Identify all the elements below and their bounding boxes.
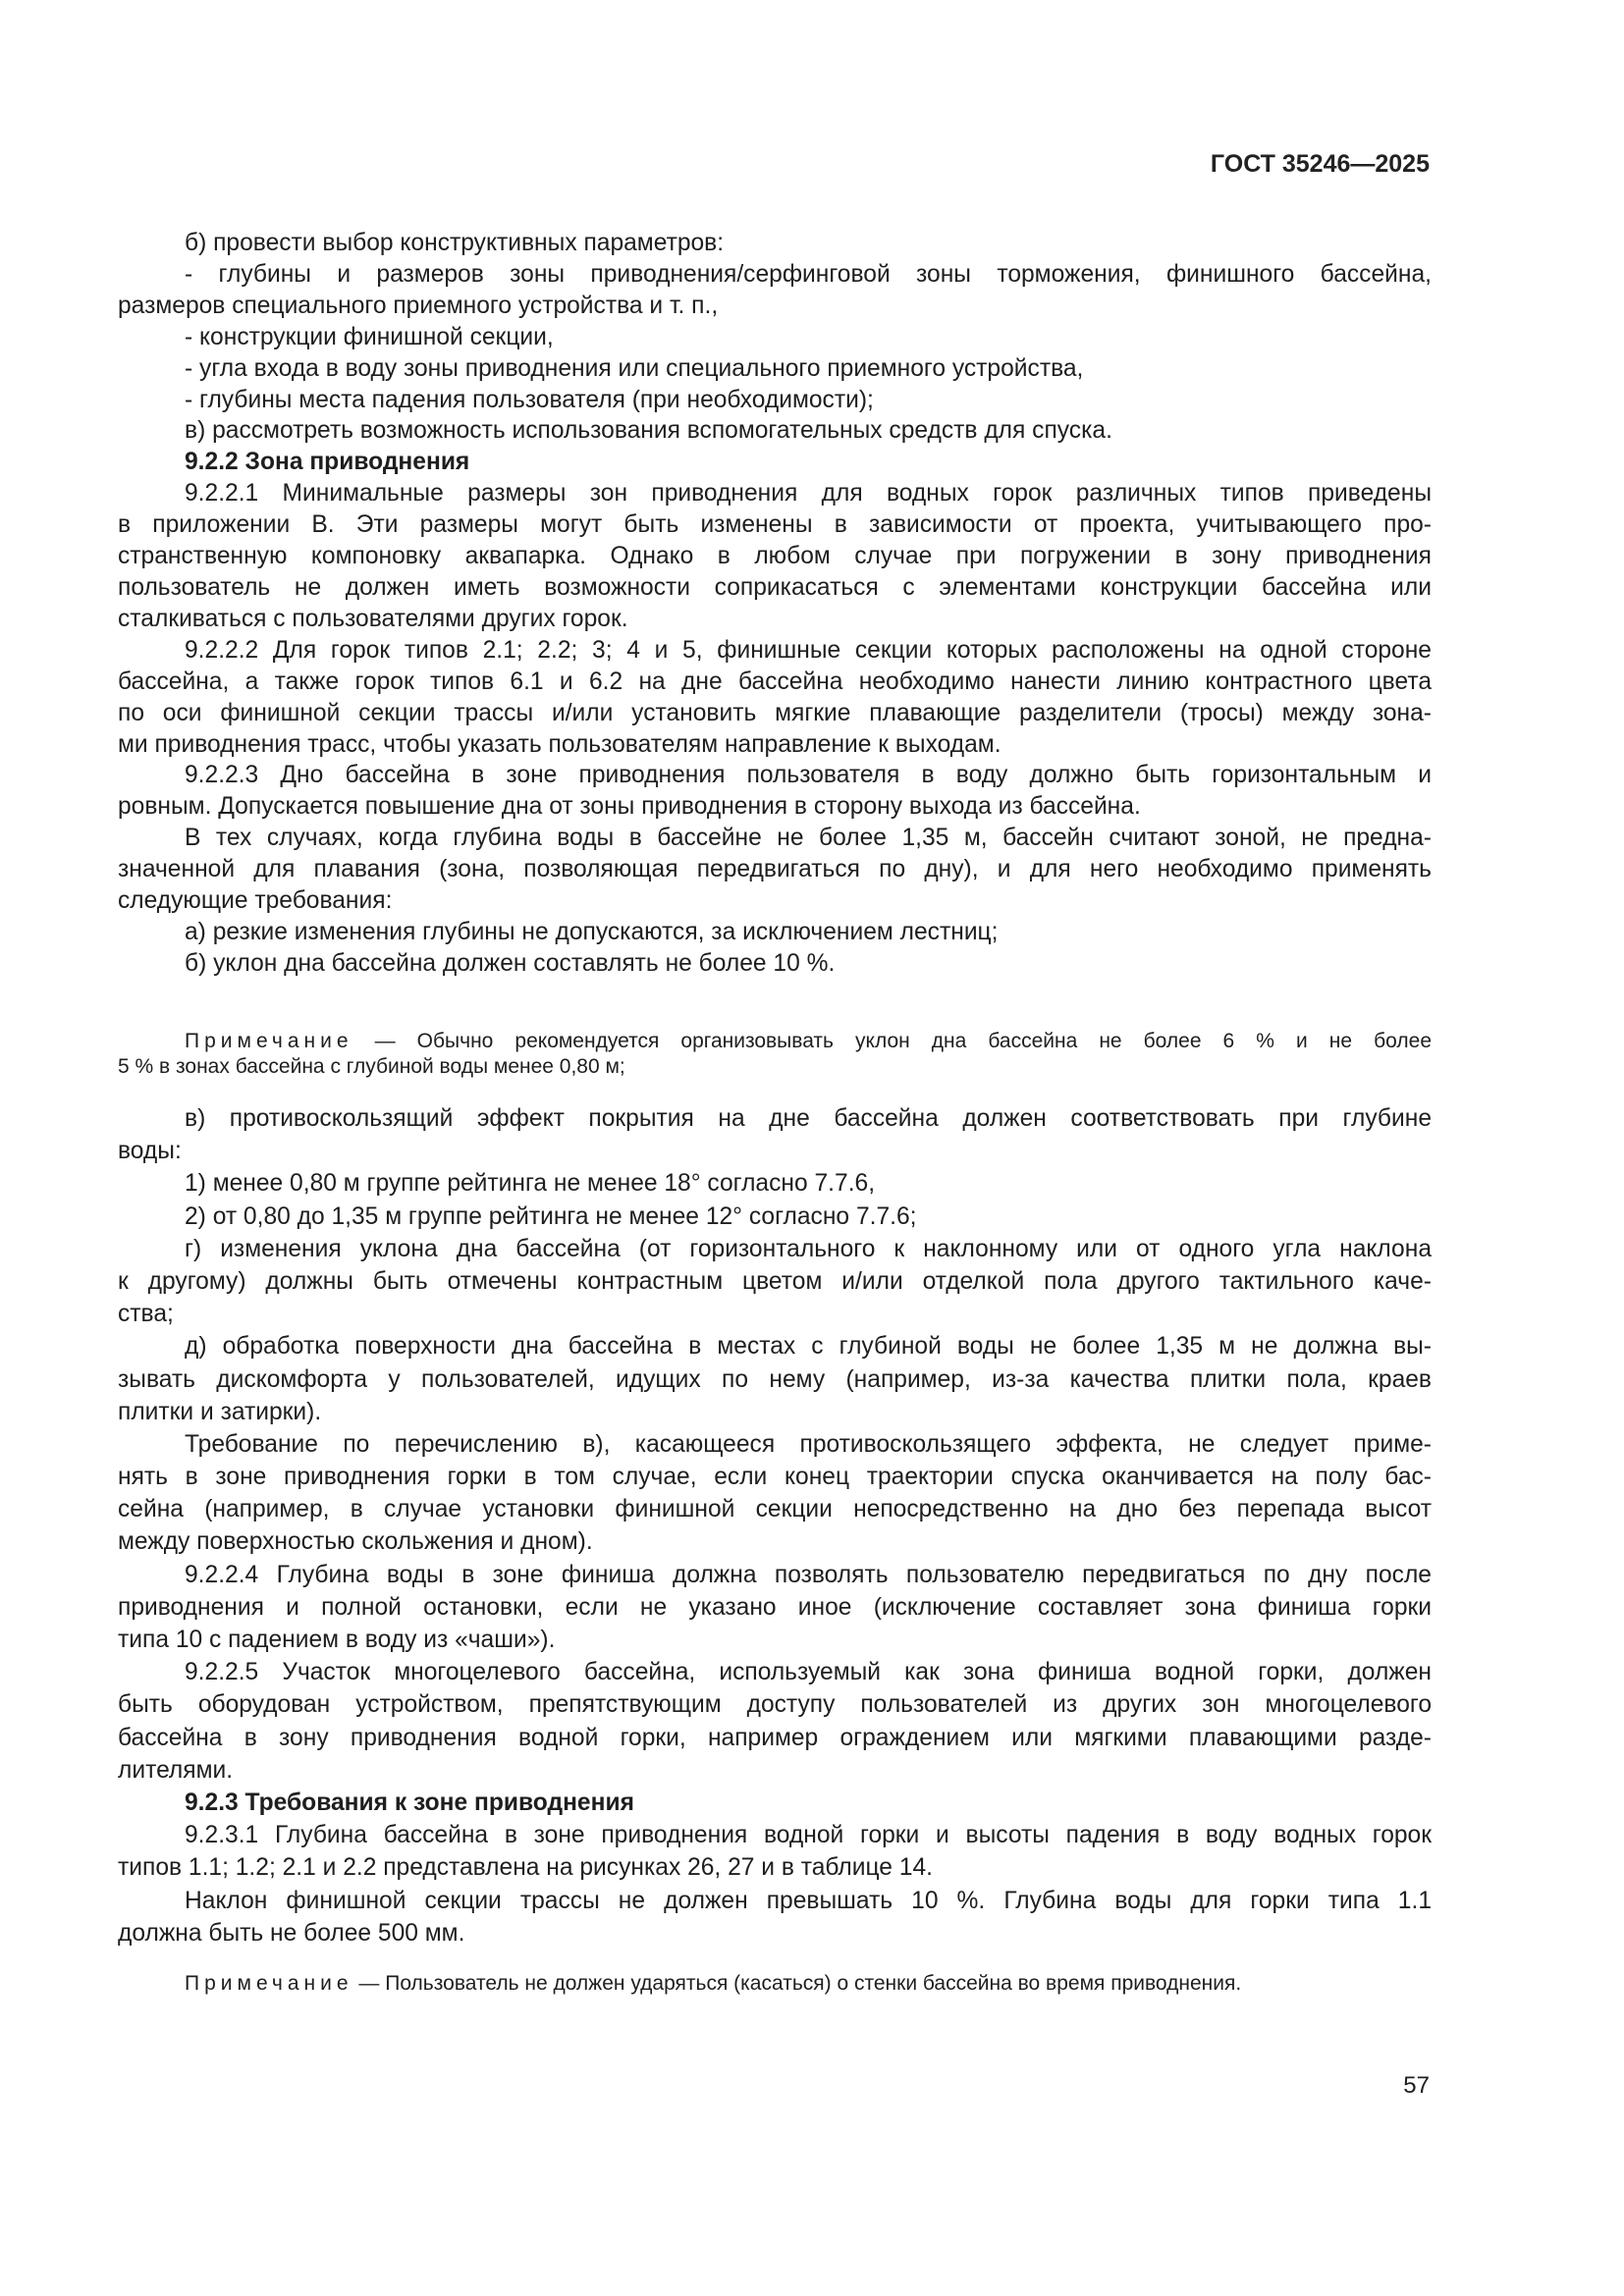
text-line: 9.2.2.2 Для горок типов 2.1; 2.2; 3; 4 и…: [118, 635, 1432, 667]
text-line: Требование по перечислению в), касающеес…: [118, 1428, 1432, 1461]
section-heading: 9.2.3 Требования к зоне приводнения: [118, 1787, 1432, 1819]
text-line: типа 10 с падением в воду из «чаши»).: [118, 1624, 1432, 1656]
note-1: Примечание — Обычно рекомендуется органи…: [118, 1029, 1432, 1080]
text-line: в приложении В. Эти размеры могут быть и…: [118, 509, 1432, 541]
text-block-2: в) противоскользящий эффект покрытия на …: [118, 1102, 1432, 1949]
text-line: странственную компоновку аквапарка. Одна…: [118, 541, 1432, 572]
text-line: плитки и затирки).: [118, 1396, 1432, 1428]
text-line: должна быть не более 500 мм.: [118, 1917, 1432, 1949]
text-line: б) провести выбор конструктивных парамет…: [118, 228, 1432, 259]
text-line: зывать дискомфорта у пользователей, идущ…: [118, 1363, 1432, 1396]
text-line: к другому) должны быть отмечены контраст…: [118, 1265, 1432, 1298]
text-line: б) уклон дна бассейна должен составлять …: [118, 948, 1432, 980]
text-line: 9.2.2.5 Участок многоцелевого бассейна, …: [118, 1656, 1432, 1688]
text-line: в) рассмотреть возможность использования…: [118, 415, 1432, 447]
note-1-line-1: Примечание — Обычно рекомендуется органи…: [118, 1029, 1432, 1054]
text-line: - конструкции финишной секции,: [118, 322, 1432, 353]
text-line: 9.2.2.3 Дно бассейна в зоне приводнения …: [118, 760, 1432, 791]
text-line: нять в зоне приводнения горки в том случ…: [118, 1461, 1432, 1493]
note-2-line-1: Примечание — Пользователь не должен удар…: [118, 1971, 1432, 1997]
text-line: д) обработка поверхности дна бассейна в …: [118, 1330, 1432, 1362]
page-number: 57: [1375, 2071, 1430, 2101]
text-line: сейна (например, в случае установки фини…: [118, 1493, 1432, 1525]
text-line: приводнения и полной остановки, если не …: [118, 1591, 1432, 1624]
text-line: В тех случаях, когда глубина воды в басс…: [118, 823, 1432, 854]
note-text: — Обычно рекомендуется организовывать ук…: [375, 1030, 1432, 1052]
note-label: Примечание: [185, 1972, 353, 1995]
text-line: быть оборудован устройством, препятствую…: [118, 1688, 1432, 1721]
text-line: следующие требования:: [118, 885, 1432, 917]
note-text: — Пользователь не должен ударяться (каса…: [358, 1972, 1241, 1995]
text-line: Наклон финишной секции трассы не должен …: [118, 1885, 1432, 1917]
text-line: пользователь не должен иметь возможности…: [118, 572, 1432, 604]
text-line: размеров специального приемного устройст…: [118, 291, 1432, 322]
text-line: а) резкие изменения глубины не допускают…: [118, 917, 1432, 948]
text-line: между поверхностью скольжения и дном).: [118, 1525, 1432, 1558]
text-line: г) изменения уклона дна бассейна (от гор…: [118, 1233, 1432, 1265]
text-line: лителями.: [118, 1754, 1432, 1787]
section-heading: 9.2.2 Зона приводнения: [118, 447, 1432, 478]
text-line: 2) от 0,80 до 1,35 м группе рейтинга не …: [118, 1201, 1432, 1233]
text-line: воды:: [118, 1135, 1432, 1167]
text-line: - глубины и размеров зоны приводнения/се…: [118, 259, 1432, 291]
text-line: в) противоскользящий эффект покрытия на …: [118, 1102, 1432, 1135]
text-line: 9.2.3.1 Глубина бассейна в зоне приводне…: [118, 1819, 1432, 1851]
note-1-line-2: 5 % в зонах бассейна с глубиной воды мен…: [118, 1054, 1432, 1080]
text-line: сталкиваться с пользователями других гор…: [118, 604, 1432, 635]
text-line: - глубины места падения пользователя (пр…: [118, 385, 1432, 416]
text-line: бассейна, а также горок типов 6.1 и 6.2 …: [118, 667, 1432, 698]
text-block-1: б) провести выбор конструктивных парамет…: [118, 228, 1432, 980]
text-line: по оси финишной секции трассы и/или уста…: [118, 698, 1432, 729]
text-line: типов 1.1; 1.2; 2.1 и 2.2 представлена н…: [118, 1851, 1432, 1884]
text-line: 9.2.2.1 Минимальные размеры зон приводне…: [118, 478, 1432, 509]
note-label: Примечание: [185, 1030, 353, 1052]
note-2: Примечание — Пользователь не должен удар…: [118, 1971, 1432, 1997]
text-line: ровным. Допускается повышение дна от зон…: [118, 791, 1432, 823]
text-line: 9.2.2.4 Глубина воды в зоне финиша должн…: [118, 1559, 1432, 1591]
text-line: ства;: [118, 1298, 1432, 1330]
text-line: - угла входа в воду зоны приводнения или…: [118, 353, 1432, 385]
text-line: 1) менее 0,80 м группе рейтинга не менее…: [118, 1167, 1432, 1200]
text-line: значенной для плавания (зона, позволяюща…: [118, 854, 1432, 885]
document-header-id: ГОСТ 35246—2025: [1080, 147, 1430, 181]
text-line: ми приводнения трасс, чтобы указать поль…: [118, 729, 1432, 761]
text-line: бассейна в зону приводнения водной горки…: [118, 1722, 1432, 1754]
